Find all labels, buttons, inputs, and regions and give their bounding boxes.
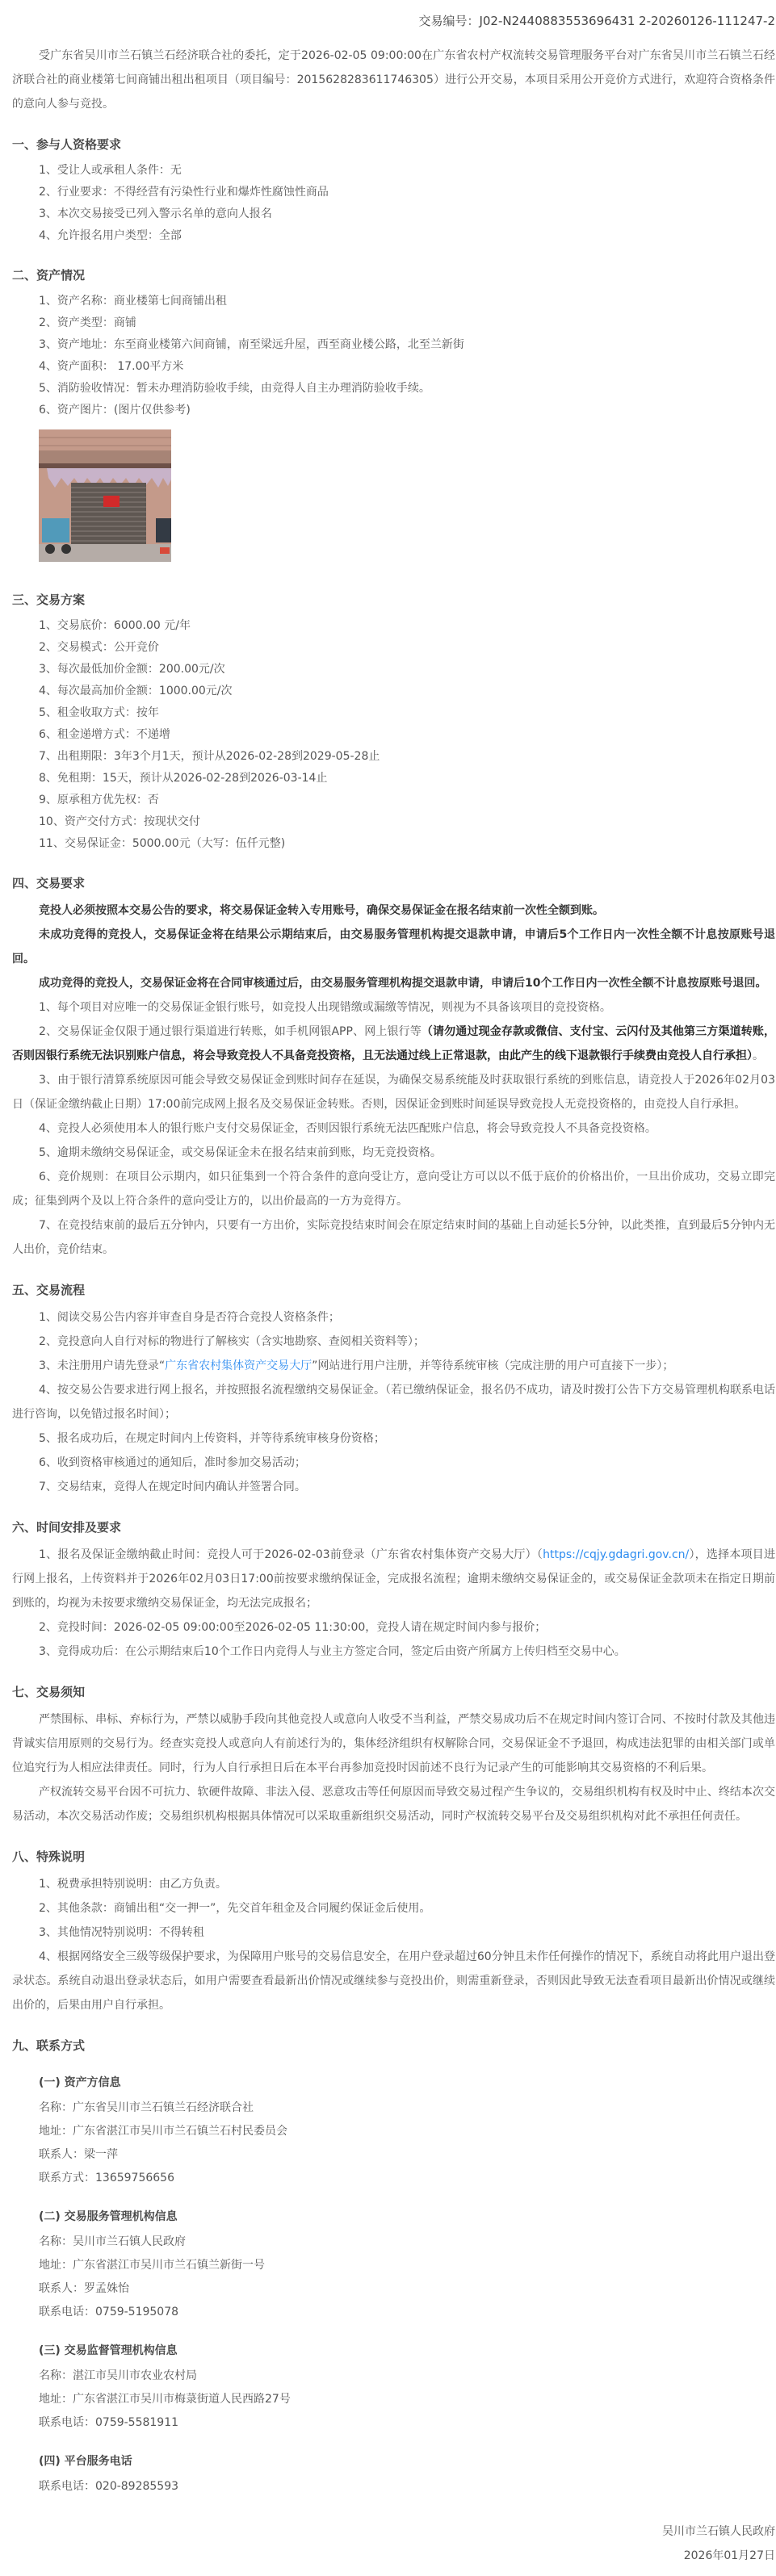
list-item: 2、其他条款：商铺出租“交一押一”，先交首年租金及合同履约保证金后使用。 [12,1896,775,1920]
contact-group-title: (四) 平台服务电话 [39,2451,775,2472]
section-title: 八、特殊说明 [12,1846,775,1867]
trade-hall-link[interactable]: 广东省农村集体资产交易大厅 [165,1359,312,1372]
section-asset-info: 二、资产情况 1、资产名称：商业楼第七间商铺出租 2、资产类型：商铺 3、资产地… [12,265,775,562]
requirement-paragraph: 未成功竞得的竞投人，交易保证金将在结果公示期结束后，由交易服务管理机构提交退款申… [12,923,775,971]
list-item: 1、税费承担特别说明：由乙方负责。 [12,1872,775,1896]
list-item: 1、每个项目对应唯一的交易保证金银行账号，如竞投人出现错缴或漏缴等情况，则视为不… [12,995,775,1020]
list-item: 3、其他情况特别说明：不得转租 [12,1920,775,1945]
contact-line: 名称：吴川市兰石镇人民政府 [39,2230,775,2254]
contact-group-title: (二) 交易服务管理机构信息 [39,2206,775,2227]
shop-photo-illustration [39,429,171,562]
list-item: 4、每次最高加价金额：1000.00元/次 [12,681,775,702]
list-item: 2、资产类型：商铺 [12,312,775,334]
intro-paragraph: 受广东省吴川市兰石镇兰石经济联合社的委托，定于2026-02-05 09:00:… [12,44,775,116]
section-contacts: 九、联系方式 (一) 资产方信息 名称：广东省吴川市兰石镇兰石经济联合社 地址：… [12,2035,775,2499]
contact-group-title: (一) 资产方信息 [39,2072,775,2093]
list-item: 1、受让人或承租人条件：无 [12,160,775,182]
section-special-notes: 八、特殊说明 1、税费承担特别说明：由乙方负责。 2、其他条款：商铺出租“交一押… [12,1846,775,2017]
contact-group-title: (三) 交易监督管理机构信息 [39,2340,775,2361]
list-item: 3、资产地址：东至商业楼第六间商铺，南至梁远升屋，西至商业楼公路，北至兰新街 [12,334,775,356]
platform-url-link[interactable]: https://cqjy.gdagri.gov.cn/ [543,1548,689,1561]
contact-line: 名称：湛江市吴川市农业农村局 [39,2364,775,2388]
trade-number: 交易编号：J02-N2440883553696431 2-20260126-11… [12,0,775,32]
list-item: 11、交易保证金：5000.00元（大写：伍仟元整) [12,833,775,855]
section-title: 九、联系方式 [12,2035,775,2056]
section-trade-notice: 七、交易须知 严禁围标、串标、弃标行为，严禁以威胁手段向其他竞投人或意向人收受不… [12,1682,775,1828]
list-item: 3、每次最低加价金额：200.00元/次 [12,659,775,681]
list-item: 5、租金收取方式：按年 [12,702,775,724]
list-item: 1、交易底价：6000.00 元/年 [12,615,775,637]
list-item: 7、出租期限：3年3个月1天，预计从2026-02-28到2029-05-28止 [12,746,775,768]
section-title: 一、参与人资格要求 [12,134,775,155]
list-item: 6、资产图片：(图片仅供参考) [12,400,775,421]
contact-group-asset-owner: (一) 资产方信息 名称：广东省吴川市兰石镇兰石经济联合社 地址：广东省湛江市吴… [12,2072,775,2190]
contact-line: 地址：广东省湛江市吴川市兰石镇兰新街一号 [39,2254,775,2277]
section-trade-requirements: 四、交易要求 竞投人必须按照本交易公告的要求，将交易保证金转入专用账号，确保交易… [12,873,775,1262]
notice-paragraph: 产权流转交易平台因不可抗力、软硬件故障、非法入侵、恶意攻击等任何原因而导致交易过… [12,1780,775,1828]
requirement-paragraph: 成功竞得的竞投人，交易保证金将在合同审核通过后，由交易服务管理机构提交退款申请，… [12,971,775,995]
item-text: 2、交易保证金仅限于通过银行渠道进行转账，如手机网银APP、网上银行等 [39,1025,422,1038]
contact-line: 地址：广东省湛江市吴川市兰石镇兰石村民委员会 [39,2120,775,2143]
contact-line: 地址：广东省湛江市吴川市梅菉街道人民西路27号 [39,2388,775,2411]
contact-phone: 联系电话：0759-5581911 [39,2411,775,2435]
notice-paragraph: 严禁围标、串标、弃标行为，严禁以威胁手段向其他竞投人或意向人收受不当利益，严禁交… [12,1707,775,1780]
list-item: 7、在竞投结束前的最后五分钟内，只要有一方出价，实际竞投结束时间会在原定结束时间… [12,1213,775,1262]
list-item: 6、租金递增方式：不递增 [12,724,775,746]
announcement-page: 交易编号：J02-N2440883553696431 2-20260126-11… [0,0,776,2576]
list-item: 3、本次交易接受已列入警示名单的意向人报名 [12,203,775,225]
list-item: 5、消防验收情况：暂未办理消防验收手续，由竞得人自主办理消防验收手续。 [12,378,775,400]
requirement-paragraph: 竞投人必须按照本交易公告的要求，将交易保证金转入专用账号，确保交易保证金在报名结… [12,898,775,923]
list-item: 10、资产交付方式：按现状交付 [12,811,775,833]
list-item: 4、根据网络安全三级等级保护要求，为保障用户账号的交易信息安全，在用户登录超过6… [12,1945,775,2017]
list-item: 8、免租期：15天，预计从2026-02-28到2026-03-14止 [12,768,775,790]
contact-group-platform: (四) 平台服务电话 联系电话：020-89285593 [12,2451,775,2499]
list-item: 2、竞投时间：2026-02-05 09:00:00至2026-02-05 11… [12,1615,775,1640]
list-item: 3、未注册用户请先登录“广东省农村集体资产交易大厅”网站进行用户注册，并等待系统… [12,1354,775,1378]
section-trade-process: 五、交易流程 1、阅读交易公告内容并审查自身是否符合竞投人资格条件； 2、竞投意… [12,1280,775,1499]
contact-phone: 联系方式：13659756656 [39,2167,775,2190]
item-text: 1、报名及保证金缴纳截止时间：竞投人可于2026-02-03前登录（广东省农村集… [39,1548,543,1561]
section-title: 二、资产情况 [12,265,775,286]
section-trade-plan: 三、交易方案 1、交易底价：6000.00 元/年 2、交易模式：公开竞价 3、… [12,589,775,855]
contact-line: 名称：广东省吴川市兰石镇兰石经济联合社 [39,2096,775,2120]
list-item: 7、交易结束，竞得人在规定时间内确认并签署合同。 [12,1475,775,1499]
list-item: 6、竞价规则：在项目公示期内，如只征集到一个符合条件的意向受让方，意向受让方可以… [12,1165,775,1213]
asset-photo[interactable] [39,429,171,562]
list-item: 4、允许报名用户类型：全部 [12,225,775,247]
list-item: 9、原承租方优先权：否 [12,790,775,811]
section-schedule: 六、时间安排及要求 1、报名及保证金缴纳截止时间：竞投人可于2026-02-03… [12,1517,775,1664]
list-item: 4、竞投人必须使用本人的银行账户支付交易保证金，否则因银行系统无法匹配账户信息，… [12,1116,775,1141]
signature-block: 吴川市兰石镇人民政府 2026年01月27日 [12,2519,775,2568]
list-item: 1、报名及保证金缴纳截止时间：竞投人可于2026-02-03前登录（广东省农村集… [12,1543,775,1615]
section-title: 五、交易流程 [12,1280,775,1301]
contact-line: 联系人：梁一萍 [39,2143,775,2167]
list-item: 2、行业要求：不得经营有污染性行业和爆炸性腐蚀性商品 [12,182,775,203]
contact-group-service-agency: (二) 交易服务管理机构信息 名称：吴川市兰石镇人民政府 地址：广东省湛江市吴川… [12,2206,775,2324]
list-item: 5、报名成功后，在规定时间内上传资料，并等待系统审核身份资格； [12,1426,775,1451]
section-title: 三、交易方案 [12,589,775,610]
list-item: 2、交易保证金仅限于通过银行渠道进行转账，如手机网银APP、网上银行等（请勿通过… [12,1020,775,1068]
section-title: 四、交易要求 [12,873,775,894]
list-item: 2、交易模式：公开竞价 [12,637,775,659]
list-item: 1、阅读交易公告内容并审查自身是否符合竞投人资格条件； [12,1305,775,1330]
item-text: 3、未注册用户请先登录“ [39,1359,165,1372]
section-qualification: 一、参与人资格要求 1、受让人或承租人条件：无 2、行业要求：不得经营有污染性行… [12,134,775,247]
list-item: 1、资产名称：商业楼第七间商铺出租 [12,291,775,312]
list-item: 4、资产面积： 17.00平方米 [12,356,775,378]
contact-phone: 联系电话：0759-5195078 [39,2301,775,2324]
section-title: 七、交易须知 [12,1682,775,1703]
signature-date: 2026年01月27日 [12,2544,775,2568]
signature-org: 吴川市兰石镇人民政府 [12,2519,775,2544]
section-title: 六、时间安排及要求 [12,1517,775,1538]
contact-line: 联系人：罗孟姝怡 [39,2277,775,2301]
contact-phone: 联系电话：020-89285593 [39,2475,775,2499]
item-text-end: ”网站进行用户注册，并等待系统审核（完成注册的用户可直接下一步）； [312,1359,673,1372]
list-item: 4、按交易公告要求进行网上报名，并按照报名流程缴纳交易保证金。（若已缴纳保证金，… [12,1378,775,1426]
list-item: 2、竞投意向人自行对标的物进行了解核实（含实地勘察、查阅相关资料等）； [12,1330,775,1354]
list-item: 3、竞得成功后：在公示期结束后10个工作日内竞得人与业主方签定合同，签定后由资产… [12,1640,775,1664]
list-item: 3、由于银行清算系统原因可能会导致交易保证金到账时间存在延误，为确保交易系统能及… [12,1068,775,1116]
item-text-end: 。 [753,1049,764,1062]
list-item: 6、收到资格审核通过的通知后，准时参加交易活动； [12,1451,775,1475]
list-item: 5、逾期未缴纳交易保证金，或交易保证金未在报名结束前到账，均无竞投资格。 [12,1141,775,1165]
contact-group-supervisor: (三) 交易监督管理机构信息 名称：湛江市吴川市农业农村局 地址：广东省湛江市吴… [12,2340,775,2435]
